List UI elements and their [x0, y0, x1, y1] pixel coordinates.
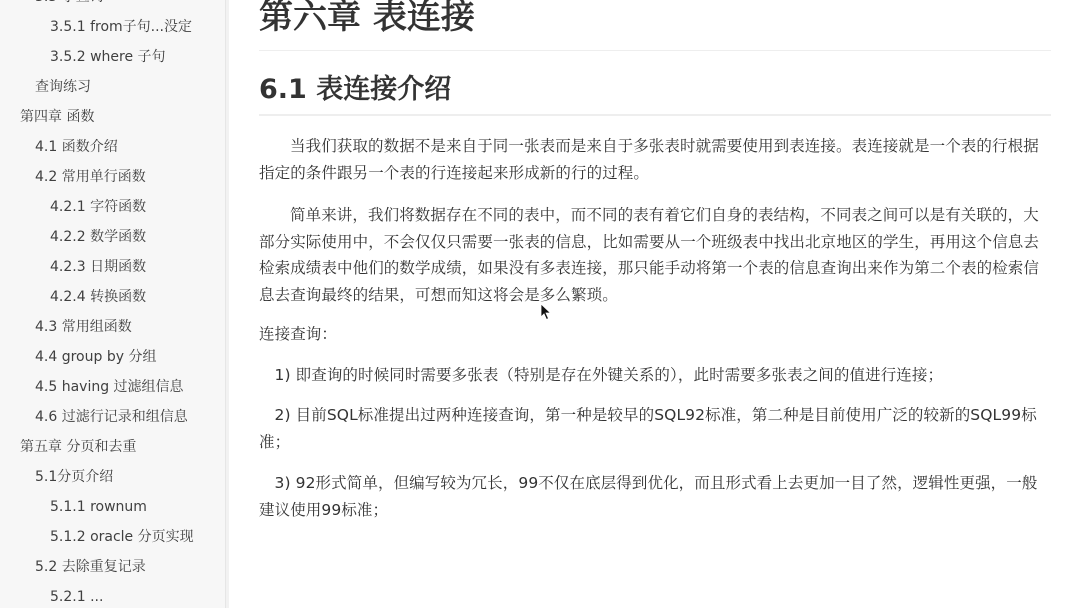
- toc-item-3-5-2[interactable]: 3.5.2 where 子句: [0, 42, 225, 72]
- toc-sidebar: 3.5 子查询 3.5.1 from子句...没定 3.5.2 where 子句…: [0, 0, 226, 608]
- toc-item-4-2-4[interactable]: 4.2.4 转换函数: [0, 282, 225, 312]
- toc-item-4-6[interactable]: 4.6 过滤行记录和组信息: [0, 402, 225, 432]
- paragraph-explanation: 简单来讲，我们将数据存在不同的表中，而不同的表有着它们自身的表结构，不同表之间可…: [259, 202, 1051, 308]
- toc-item-query-practice[interactable]: 查询练习: [0, 72, 225, 102]
- toc-item-chapter-4[interactable]: 第四章 函数: [0, 102, 225, 132]
- toc-list: 3.5 子查询 3.5.1 from子句...没定 3.5.2 where 子句…: [0, 0, 225, 608]
- toc-item-5-1-1[interactable]: 5.1.1 rownum: [0, 492, 225, 522]
- toc-item-4-1[interactable]: 4.1 函数介绍: [0, 132, 225, 162]
- toc-item-4-2-2[interactable]: 4.2.2 数学函数: [0, 222, 225, 252]
- section-title: 6.1 表连接介绍: [259, 70, 451, 110]
- list-item-2: 2) 目前SQL标准提出过两种连接查询，第一种是较早的SQL92标准，第二种是目…: [259, 402, 1051, 455]
- toc-item-4-3[interactable]: 4.3 常用组函数: [0, 312, 225, 342]
- paragraph-intro: 当我们获取的数据不是来自于同一张表而是来自于多张表时就需要使用到表连接。表连接就…: [259, 133, 1051, 186]
- toc-item-3-5-1[interactable]: 3.5.1 from子句...没定: [0, 12, 225, 42]
- toc-item-4-4[interactable]: 4.4 group by 分组: [0, 342, 225, 372]
- sidebar-resize-handle[interactable]: [226, 0, 229, 608]
- toc-item-3-5[interactable]: 3.5 子查询: [0, 0, 225, 12]
- toc-item-5-2[interactable]: 5.2 去除重复记录: [0, 552, 225, 582]
- toc-item-4-2-3[interactable]: 4.2.3 日期函数: [0, 252, 225, 282]
- chapter-divider: [259, 50, 1051, 51]
- toc-item-4-2[interactable]: 4.2 常用单行函数: [0, 162, 225, 192]
- toc-item-5-1-2[interactable]: 5.1.2 oracle 分页实现: [0, 522, 225, 552]
- chapter-title: 第六章 表连接: [259, 0, 475, 40]
- list-item-3: 3) 92形式简单，但编写较为冗长，99不仅在底层得到优化，而且形式看上去更加一…: [259, 470, 1051, 523]
- mouse-cursor-icon: [540, 303, 552, 321]
- paragraph-join-query-label: 连接查询：: [259, 321, 1051, 348]
- toc-item-5-2-1[interactable]: 5.2.1 ...: [0, 582, 225, 608]
- toc-item-4-2-1[interactable]: 4.2.1 字符函数: [0, 192, 225, 222]
- toc-item-chapter-5[interactable]: 第五章 分页和去重: [0, 432, 225, 462]
- toc-item-5-1[interactable]: 5.1分页介绍: [0, 462, 225, 492]
- toc-item-4-5[interactable]: 4.5 having 过滤组信息: [0, 372, 225, 402]
- list-item-1: 1) 即查询的时候同时需要多张表（特别是存在外键关系的），此时需要多张表之间的值…: [259, 362, 1051, 389]
- section-divider: [259, 114, 1051, 116]
